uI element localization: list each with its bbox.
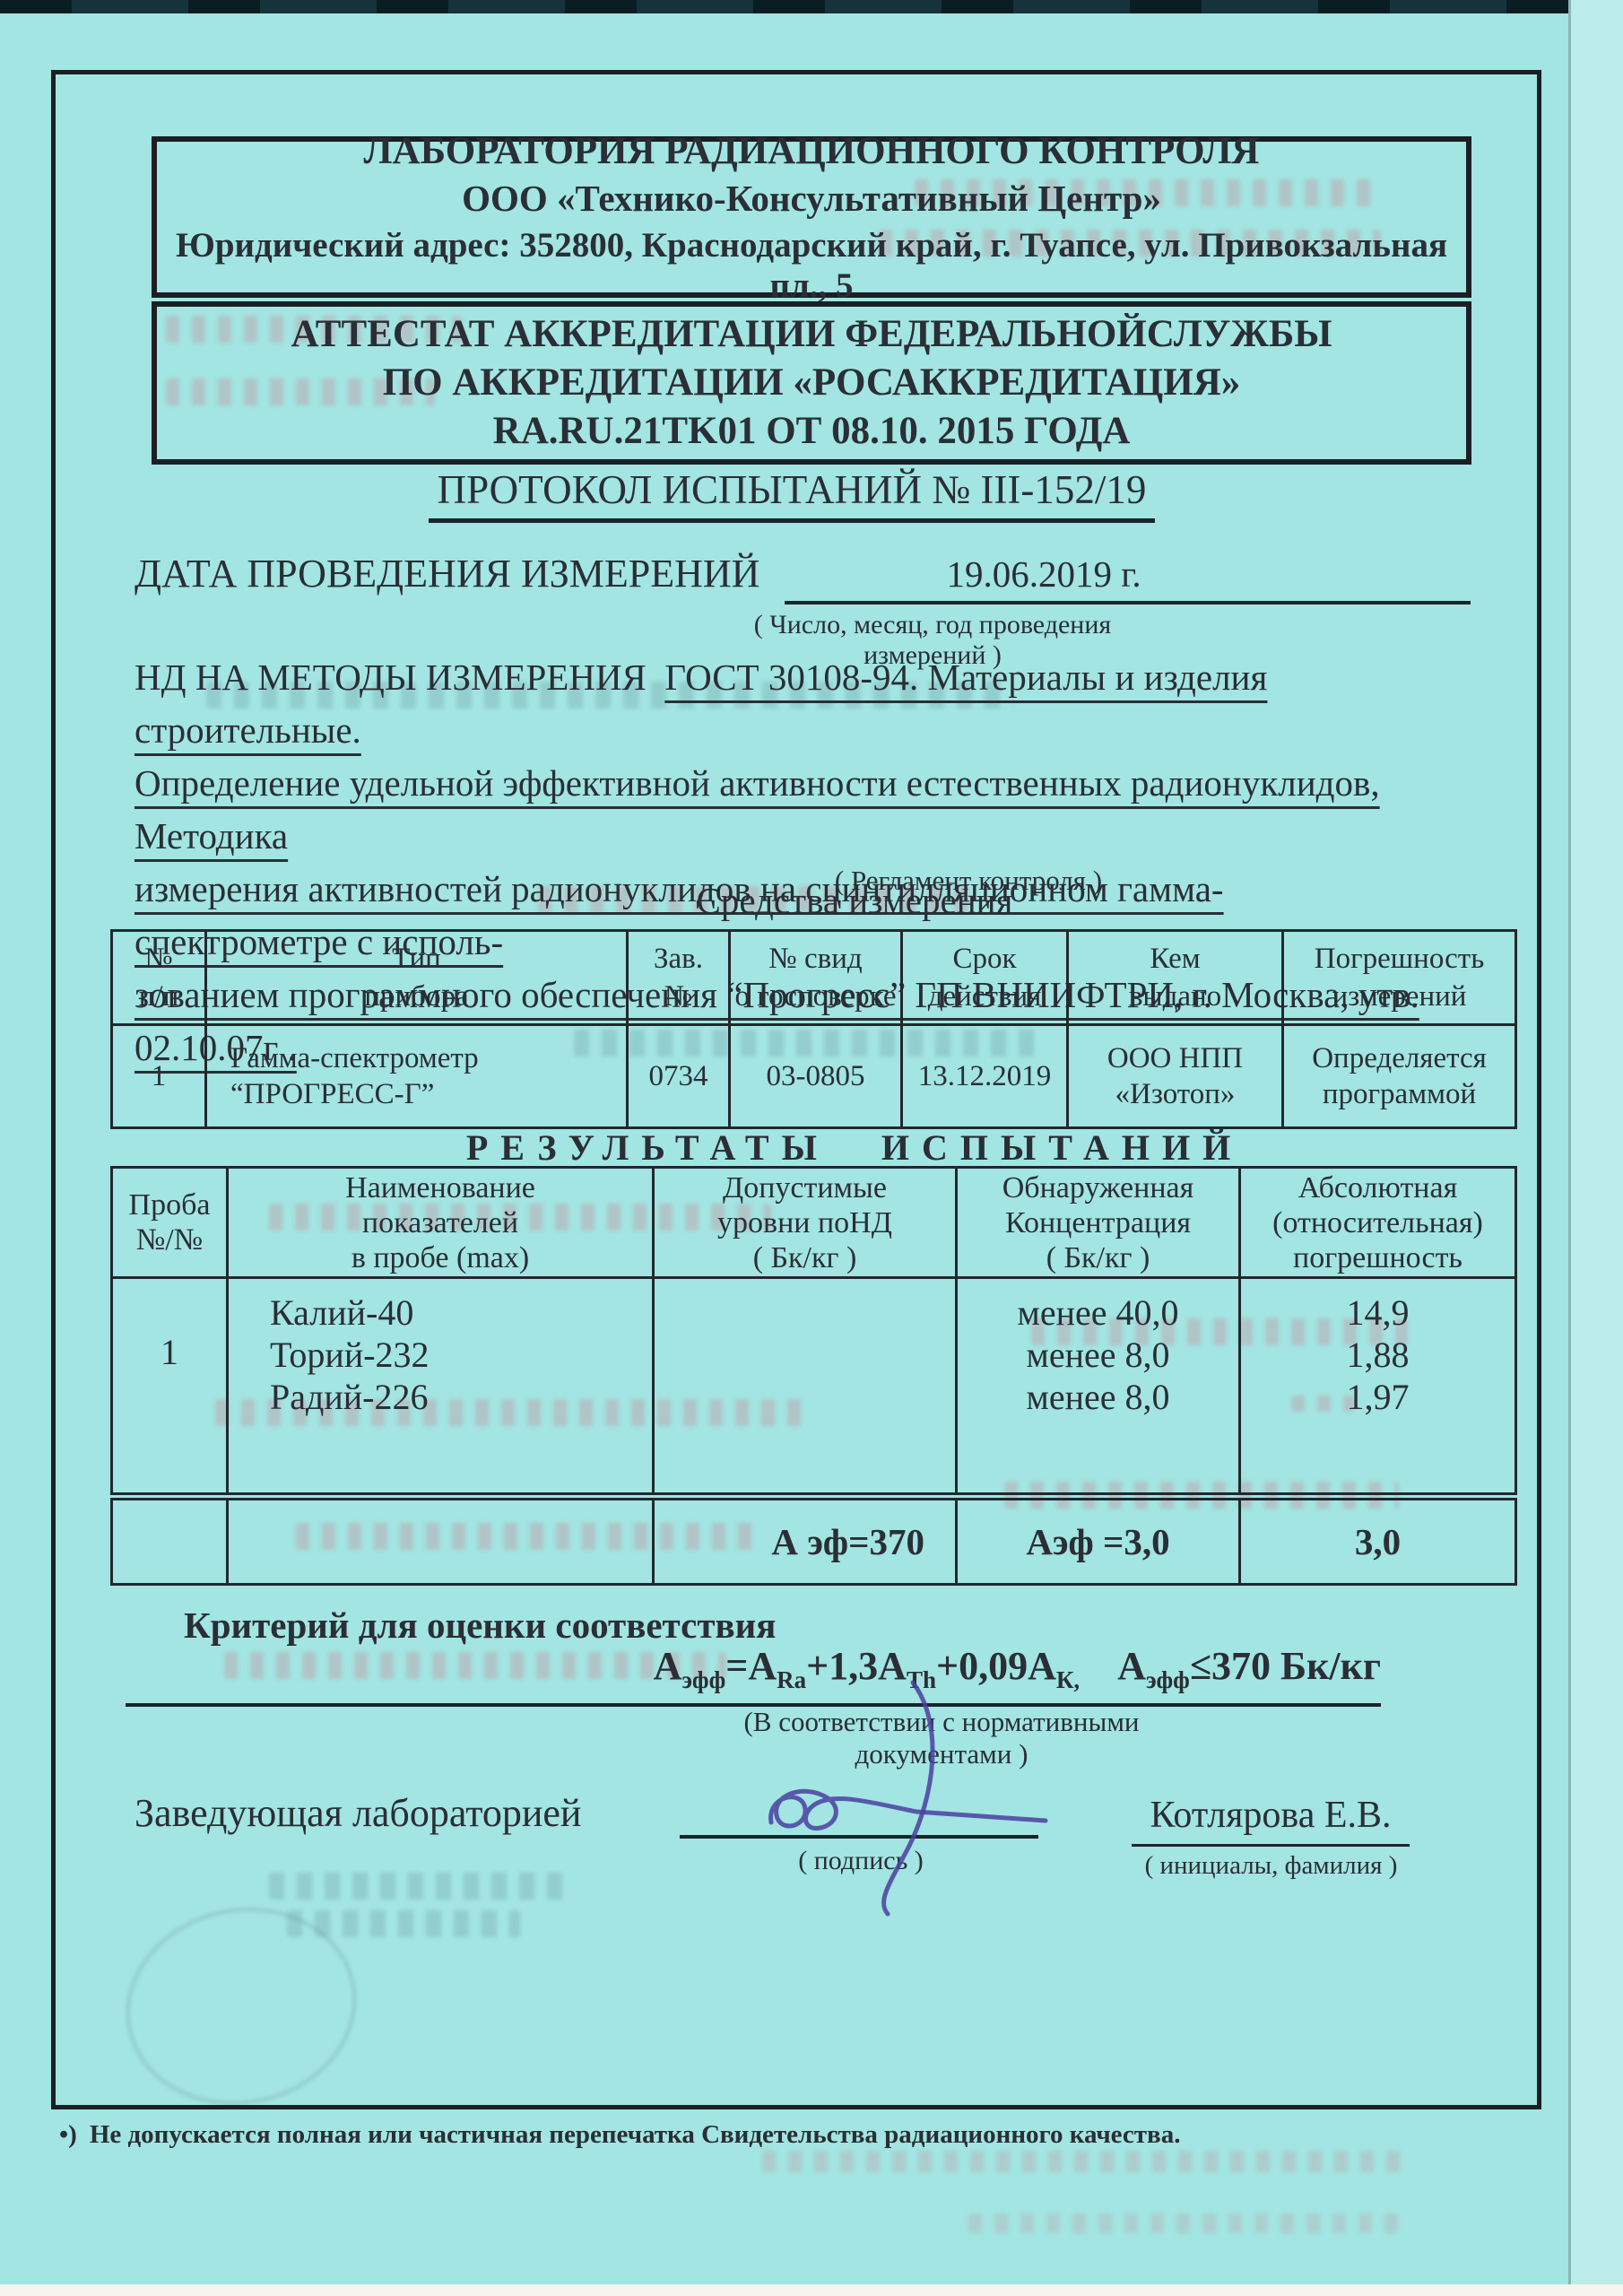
instrument-serial: 0734	[628, 1025, 730, 1128]
accreditation-line-1: АТТЕСТАТ АККРЕДИТАЦИИ ФЕДЕРАЛЬНОЙСЛУЖБЫ	[291, 310, 1332, 359]
indicator-line: Радий-226	[270, 1376, 652, 1418]
lab-title: ЛАБОРАТОРИЯ РАДИАЦИОННОГО КОНТРОЛЯ	[364, 129, 1260, 173]
page-bottom-edge	[0, 2284, 1623, 2296]
name-caption: ( инициалы, фамилия )	[1116, 1851, 1426, 1881]
formula-part: А	[1117, 1644, 1146, 1688]
method-label: НД НА МЕТОДЫ ИЗМЕРЕНИЯ	[135, 657, 647, 698]
col-header-sample: Проба№/№	[112, 1168, 228, 1278]
scanned-protocol-page: ЛАБОРАТОРИЯ РАДИАЦИОННОГО КОНТРОЛЯ ООО «…	[0, 0, 1623, 2296]
detected-line: менее 40,0	[958, 1291, 1238, 1334]
indicator-line: Калий-40	[270, 1291, 652, 1334]
instrument-error: Определяетсяпрограммой	[1283, 1025, 1516, 1128]
indicator-line: Торий-232	[270, 1334, 652, 1376]
instruments-table: №п/п Типприбора Зав.№ № свидо госповерке…	[110, 929, 1517, 1129]
col-header-error: Погрешностьизмерений	[1283, 931, 1516, 1025]
results-summary-row: А эф=370 Аэф =3,0 3,0	[112, 1497, 1516, 1585]
col-header-validity: Срокдействия	[902, 931, 1068, 1025]
lab-address: Юридический адрес: 352800, Краснодарский…	[157, 225, 1466, 306]
instruments-heading: Средства измерения	[114, 879, 1595, 922]
summary-allowed-value: А эф=370	[654, 1497, 957, 1585]
bleed-through-artifact	[762, 2151, 1408, 2172]
col-header-type: Типприбора	[206, 931, 628, 1025]
criteria-heading: Критерий для оценки соответствия	[184, 1604, 776, 1647]
instrument-type: Гамма-спектрометр“ПРОГРЕСС-Г”	[206, 1025, 628, 1128]
error-list: 14,9 1,88 1,97	[1240, 1278, 1516, 1497]
results-heading: РЕЗУЛЬТАТЫ ИСПЫТАНИЙ	[114, 1126, 1595, 1169]
footnote-text: Не допускается полная или частичная пере…	[90, 2120, 1181, 2150]
summary-detected-value: Аэф =3,0	[957, 1497, 1240, 1585]
protocol-title: ПРОТОКОЛ ИСПЫТАНИЙ № III-152/19	[429, 466, 1156, 523]
formula-sub: эфф	[1146, 1666, 1190, 1693]
handwritten-signature	[717, 1670, 1058, 1921]
signature-ink	[884, 1683, 933, 1914]
error-line: 14,9	[1241, 1291, 1515, 1334]
date-label: ДАТА ПРОВЕДЕНИЯ ИЗМЕРЕНИЙ	[135, 551, 759, 596]
protocol-title-row: ПРОТОКОЛ ИСПЫТАНИЙ № III-152/19	[51, 466, 1532, 523]
col-header-abs-error: Абсолютная(относительная)погрешность	[1240, 1168, 1516, 1278]
instrument-validity: 13.12.2019	[902, 1025, 1068, 1128]
footnote-marker: •)	[59, 2120, 77, 2150]
col-header-num: №п/п	[112, 931, 206, 1025]
error-line: 1,97	[1241, 1376, 1515, 1418]
summary-empty-cell	[112, 1497, 228, 1585]
allowed-levels-cell	[654, 1278, 957, 1497]
accreditation-line-2: ПО АККРЕДИТАЦИИ «РОСАККРЕДИТАЦИЯ»	[383, 359, 1241, 407]
accreditation-line-3: RA.RU.21TK01 ОТ 08.10. 2015 ГОДА	[493, 407, 1131, 456]
instrument-num: 1	[112, 1025, 206, 1128]
col-header-allowed: Допустимыеуровни поНД( Бк/кг )	[654, 1168, 957, 1278]
method-line-1: НД НА МЕТОДЫ ИЗМЕРЕНИЯ ГОСТ 30108-94. Ма…	[135, 651, 1433, 757]
accreditation-box: АТТЕСТАТ АККРЕДИТАЦИИ ФЕДЕРАЛЬНОЙСЛУЖБЫ …	[152, 301, 1471, 465]
instruments-header-row: №п/п Типприбора Зав.№ № свидо госповерке…	[112, 931, 1516, 1025]
results-table: Проба№/№ Наименованиепоказателейв пробе …	[110, 1166, 1517, 1586]
col-header-issuer: Кемвыдано	[1068, 931, 1283, 1025]
instrument-issuer: ООО НПП «Изотоп»	[1068, 1025, 1283, 1128]
summary-empty-cell	[228, 1497, 654, 1585]
formula-part: А	[654, 1644, 682, 1688]
detected-list: менее 40,0 менее 8,0 менее 8,0	[957, 1278, 1240, 1497]
col-header-indicator: Наименованиепоказателейв пробе (max)	[228, 1168, 654, 1278]
formula-part: ≤370 Бк/кг	[1190, 1644, 1381, 1688]
lab-header-box: ЛАБОРАТОРИЯ РАДИАЦИОННОГО КОНТРОЛЯ ООО «…	[152, 136, 1471, 298]
indicator-list: Калий-40 Торий-232 Радий-226	[228, 1278, 654, 1497]
scan-top-edge	[0, 0, 1623, 13]
sample-number: 1	[112, 1278, 228, 1497]
signatory-role: Заведующая лабораторией	[135, 1790, 581, 1836]
detected-line: менее 8,0	[958, 1334, 1238, 1376]
instrument-cert: 03-0805	[730, 1025, 902, 1128]
results-header-row: Проба№/№ Наименованиепоказателейв пробе …	[112, 1168, 1516, 1278]
date-underline: 19.06.2019 г.	[785, 552, 1471, 604]
results-body-row: 1 Калий-40 Торий-232 Радий-226 менее 40,…	[112, 1278, 1516, 1497]
detected-line: менее 8,0	[958, 1376, 1238, 1418]
col-header-detected: ОбнаруженнаяКонцентрация( Бк/кг )	[957, 1168, 1240, 1278]
bleed-through-artifact	[968, 2213, 1399, 2233]
signature-ink	[771, 1791, 1046, 1828]
summary-error-value: 3,0	[1240, 1497, 1516, 1585]
error-line: 1,88	[1241, 1334, 1515, 1376]
footnote: •) Не допускается полная или частичная п…	[59, 2120, 1180, 2150]
col-header-serial: Зав.№	[628, 931, 730, 1025]
measurement-date-row: ДАТА ПРОВЕДЕНИЯ ИЗМЕРЕНИЙ 19.06.2019 г.	[135, 551, 1471, 604]
formula-sub: К,	[1056, 1666, 1080, 1693]
method-line-2: Определение удельной эффективной активно…	[135, 757, 1433, 863]
col-header-cert: № свидо госповерке	[730, 931, 902, 1025]
signatory-name: Котлярова Е.В.	[1132, 1794, 1410, 1847]
date-value: 19.06.2019 г.	[946, 553, 1141, 595]
instrument-row: 1 Гамма-спектрометр“ПРОГРЕСС-Г” 0734 03-…	[112, 1025, 1516, 1128]
lab-company: ООО «Технико-Консультативный Центр»	[462, 177, 1161, 220]
